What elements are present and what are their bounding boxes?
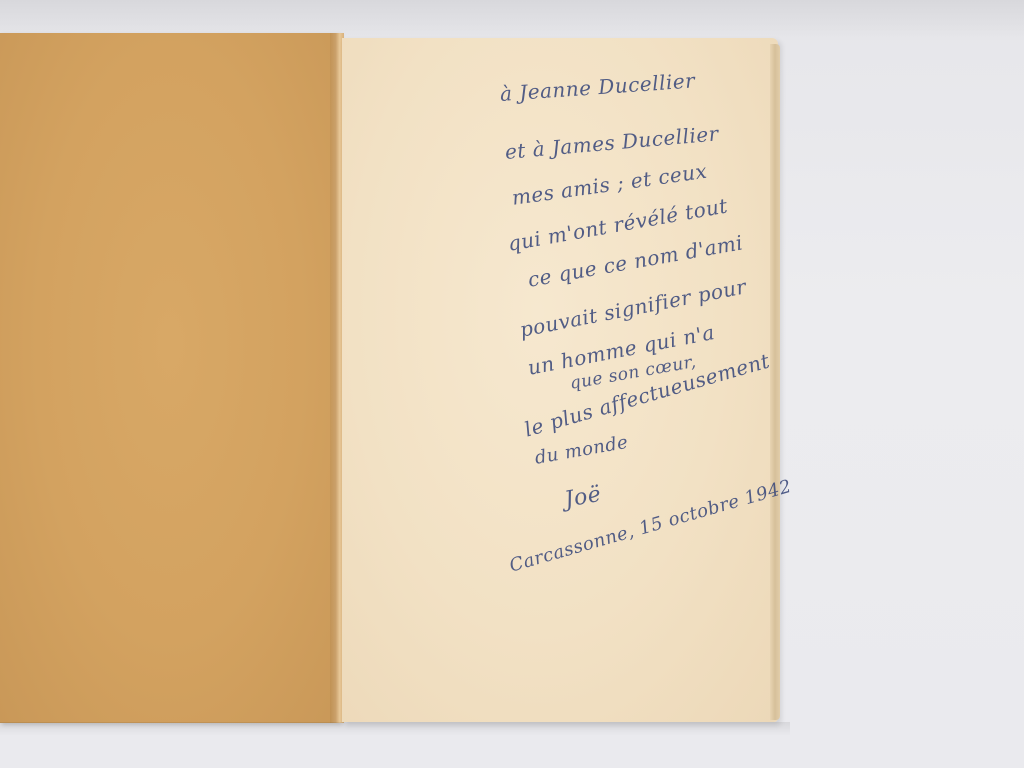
signature: Joë (563, 482, 603, 513)
inscription-line: et à James Ducellier (504, 121, 720, 164)
handwritten-dedication: à Jeanne Ducellier et à James Ducellier … (0, 0, 1024, 768)
inscription-line: à Jeanne Ducellier (499, 68, 696, 106)
place-date: Carcassonne, 15 octobre 1942 (507, 476, 794, 577)
inscription-line: du monde (533, 432, 630, 469)
